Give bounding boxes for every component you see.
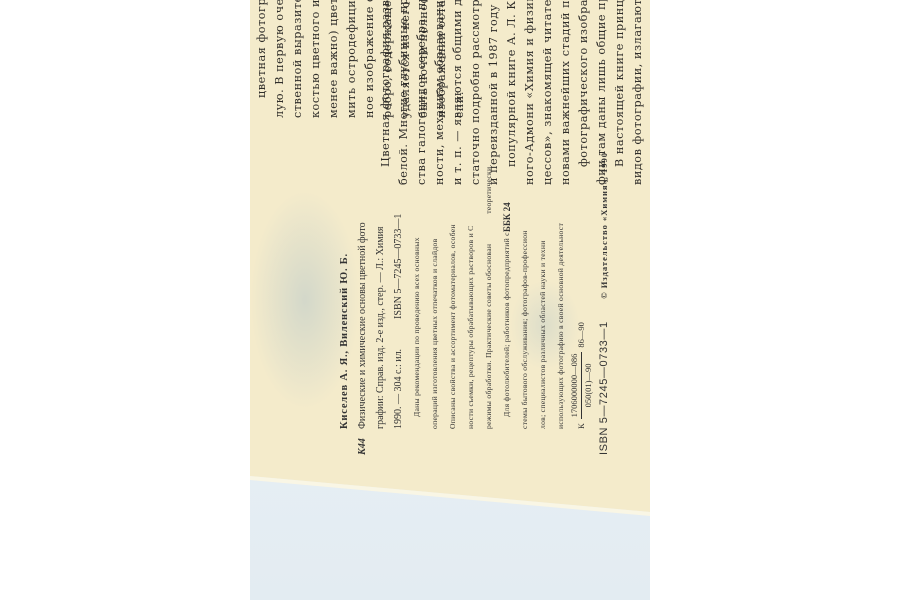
text-line: новами важнейших стадий получе	[559, 0, 572, 315]
rotated-page-content: цветная фотография в лую. В первую очере…	[250, 0, 650, 600]
index-denominator: 050(01)—90	[582, 364, 595, 408]
text-line: популярной книге А. Л. Картужанск	[505, 0, 518, 315]
isbn: ISBN 5—7245—0733—1	[598, 321, 610, 455]
title-text: Физические и химические основы цветной ф…	[357, 222, 368, 429]
title-line: К44Физические и химические основы цветно…	[357, 222, 368, 455]
text-line: ности, механизм образования скры	[433, 0, 446, 315]
index-fraction: 1706000000—086 050(01)—90	[568, 352, 595, 420]
text-line: В настоящей книге принципы,	[613, 0, 626, 315]
title-line: 1990. — 304 с.: ил.	[393, 349, 404, 455]
author-line: Киселев А. Я., Виленский Ю. Б.	[339, 253, 350, 455]
text-line: цветная фотография в	[255, 0, 268, 278]
catalog-code: К44	[357, 429, 368, 455]
text-line: фии там даны лишь общие представ	[595, 0, 608, 315]
bbk-code: ББК 24	[502, 202, 512, 232]
text-line: лую. В первую очередь это связано	[273, 0, 286, 278]
text-line: видов фотографии, излагаются лиш	[631, 0, 644, 315]
index-numerator: 1706000000—086	[568, 352, 582, 420]
index-prefix: К	[575, 423, 588, 429]
index-suffix: 86—90	[575, 322, 588, 348]
book-page-photo: цветная фотография в лую. В первую очере…	[250, 0, 650, 600]
text-line: белой. Многие глубинные процессы	[397, 0, 410, 315]
text-line: и переизданной в 1987 году издат	[487, 0, 500, 315]
text-line: ного-Адмони «Химия и физика фото	[523, 0, 536, 315]
text-line: цессов», знакомящей читателя с те	[541, 0, 554, 315]
text-line: статочно подробно рассмотрены в в	[469, 0, 482, 315]
text-line: ственной выразительностью и ин	[291, 0, 304, 278]
main-text-block: Цветная фотография развивала белой. Мног…	[376, 0, 650, 315]
text-line: Цветная фотография развивала	[379, 0, 392, 315]
text-line: и т. п. — являются общими для них.	[451, 0, 464, 315]
text-line: костью цветного изображения. Кро	[309, 0, 322, 278]
text-line: ства галогенидов серебра, природа	[415, 0, 428, 315]
text-line: фотографического изображения. О	[577, 0, 590, 315]
text-line: оборот, достаточно широко и подр	[649, 0, 650, 315]
